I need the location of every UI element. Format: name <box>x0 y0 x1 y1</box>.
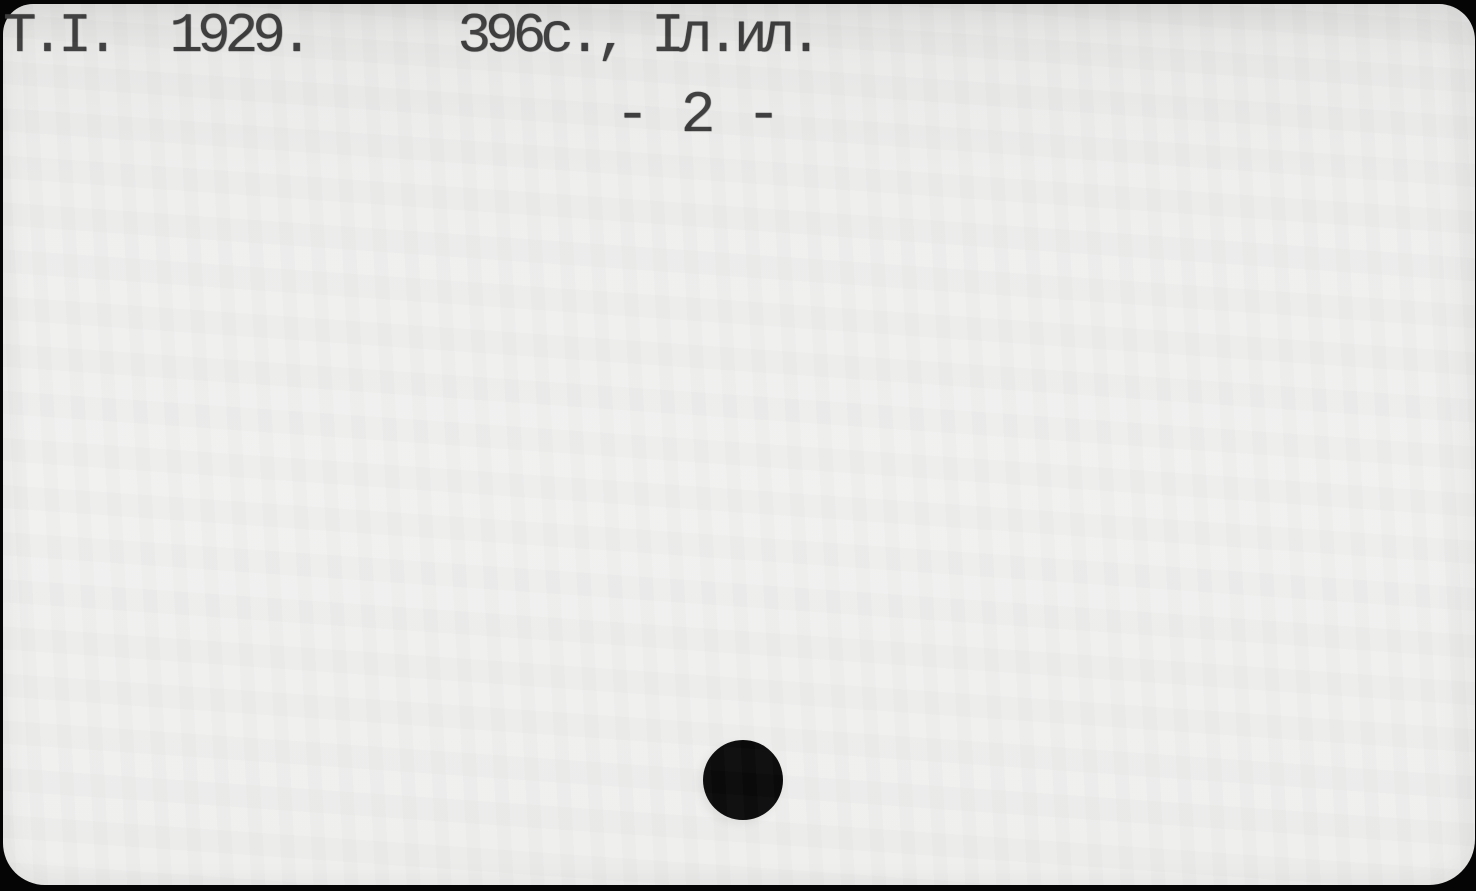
page-number: - 2 - <box>615 84 779 149</box>
illustrations-label: Іл.ил. <box>651 4 817 68</box>
catalog-entry-line: T.I. 1929. 396с., Іл.ил. <box>3 4 1475 68</box>
pages-label: 396с., <box>457 4 623 68</box>
volume-label: T.I. <box>3 4 113 68</box>
punch-hole-dot <box>703 740 783 820</box>
catalog-card: - 2 - T.I. 1929. 396с., Іл.ил. <box>3 4 1475 885</box>
year-label: 1929. <box>169 4 307 68</box>
